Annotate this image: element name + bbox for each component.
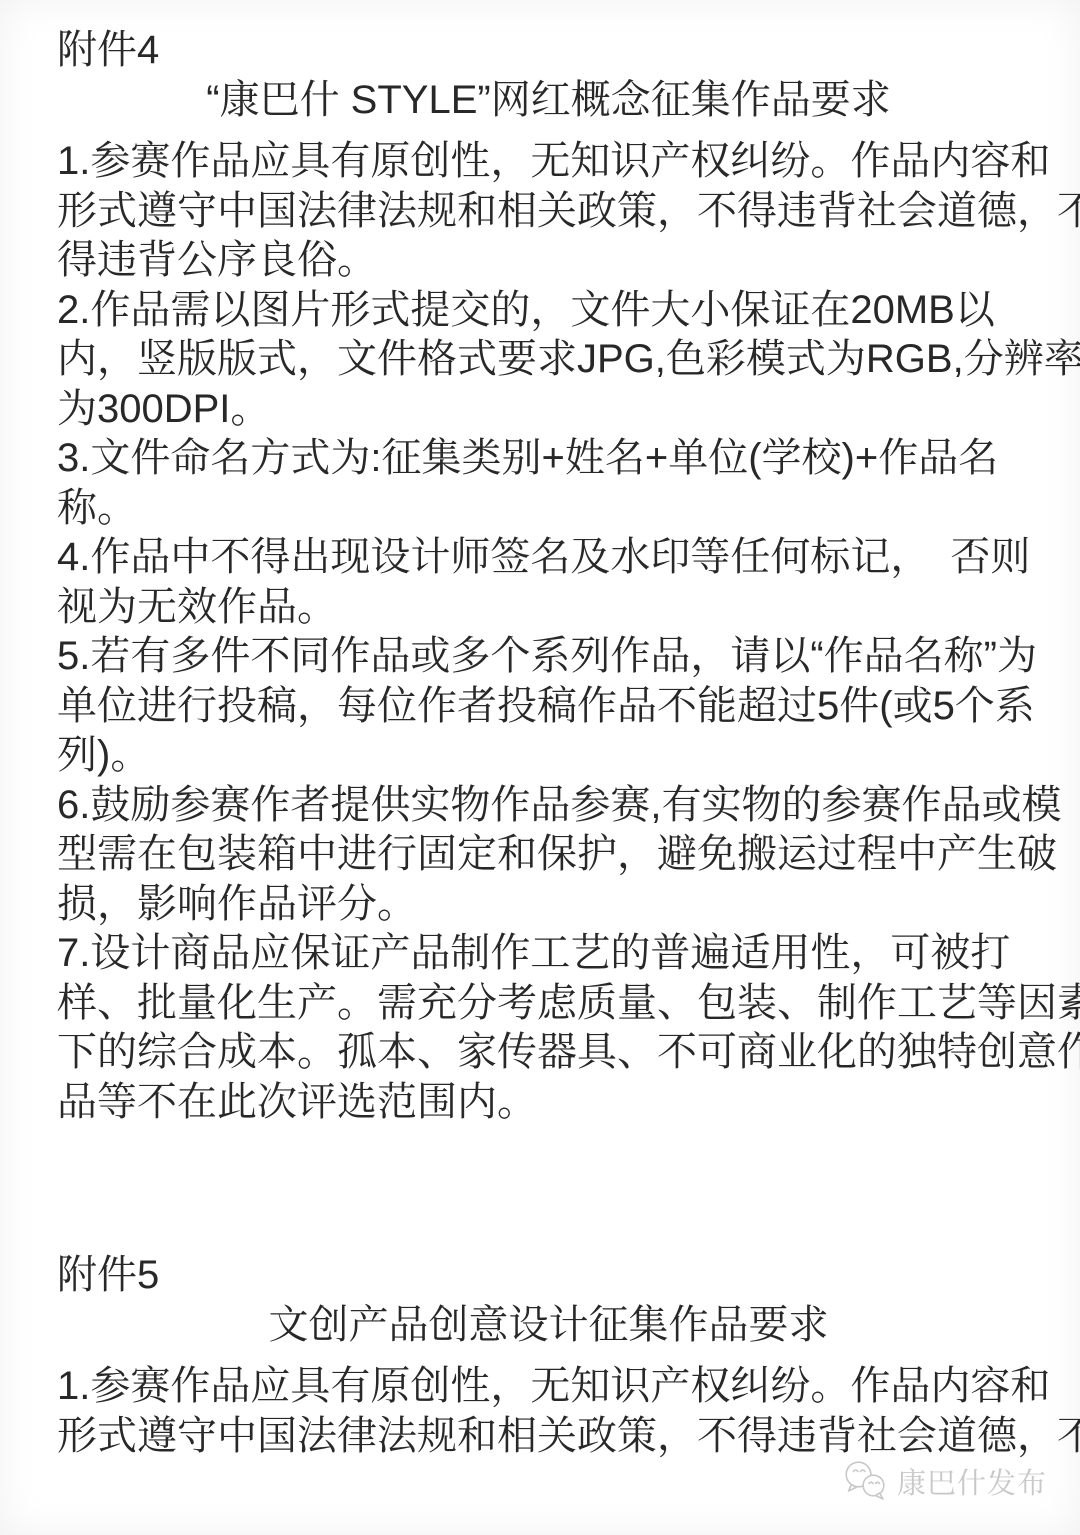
text-line: 2.作品需以图片形式提交的，文件大小保证在20MB以 (57, 286, 1040, 336)
attachment-4-section: 附件4 “康巴什 STYLE”网红概念征集作品要求 1.参赛作品应具有原创性，无… (57, 26, 1040, 1127)
text-line: 4.作品中不得出现设计师签名及水印等任何标记， 否则 (57, 533, 1040, 583)
watermark: 康巴什发布 (843, 1460, 1047, 1502)
text-line: 样、批量化生产。需充分考虑质量、包装、制作工艺等因素 (57, 979, 1040, 1029)
text-line: 称。 (57, 484, 1040, 534)
text-line: 列)。 (57, 731, 1040, 781)
requirement-item: 1.参赛作品应具有原创性，无知识产权纠纷。作品内容和 形式遵守中国法律法规和相关… (57, 1362, 1040, 1461)
text-line: 单位进行投稿，每位作者投稿作品不能超过5件(或5个系 (57, 682, 1040, 732)
requirement-item: 1.参赛作品应具有原创性，无知识产权纠纷。作品内容和 形式遵守中国法律法规和相关… (57, 137, 1040, 286)
text-line: 5.若有多件不同作品或多个系列作品，请以“作品名称”为 (57, 632, 1040, 682)
text-line: 3.文件命名方式为:征集类别+姓名+单位(学校)+作品名 (57, 434, 1040, 484)
attachment-4-label: 附件4 (57, 26, 1040, 76)
text-line: 1.参赛作品应具有原创性，无知识产权纠纷。作品内容和 (57, 137, 1040, 187)
text-line: 为300DPI。 (57, 385, 1040, 435)
text-line: 内，竖版版式，文件格式要求JPG,色彩模式为RGB,分辨率 (57, 335, 1040, 385)
text-line: 损，影响作品评分。 (57, 880, 1040, 930)
text-line: 1.参赛作品应具有原创性，无知识产权纠纷。作品内容和 (57, 1362, 1040, 1412)
requirement-item: 5.若有多件不同作品或多个系列作品，请以“作品名称”为 单位进行投稿，每位作者投… (57, 632, 1040, 781)
attachment-4-items: 1.参赛作品应具有原创性，无知识产权纠纷。作品内容和 形式遵守中国法律法规和相关… (57, 137, 1040, 1127)
attachment-4-title: “康巴什 STYLE”网红概念征集作品要求 (57, 76, 1040, 126)
requirement-item: 7.设计商品应保证产品制作工艺的普遍适用性，可被打 样、批量化生产。需充分考虑质… (57, 929, 1040, 1127)
text-line: 下的综合成本。孤本、家传器具、不可商业化的独特创意作 (57, 1028, 1040, 1078)
requirement-item: 4.作品中不得出现设计师签名及水印等任何标记， 否则 视为无效作品。 (57, 533, 1040, 632)
attachment-5-title: 文创产品创意设计征集作品要求 (57, 1301, 1040, 1351)
requirement-item: 6.鼓励参赛作者提供实物作品参赛,有实物的参赛作品或模 型需在包装箱中进行固定和… (57, 781, 1040, 930)
text-line: 7.设计商品应保证产品制作工艺的普遍适用性，可被打 (57, 929, 1040, 979)
attachment-5-items: 1.参赛作品应具有原创性，无知识产权纠纷。作品内容和 形式遵守中国法律法规和相关… (57, 1362, 1040, 1461)
document-page: 附件4 “康巴什 STYLE”网红概念征集作品要求 1.参赛作品应具有原创性，无… (0, 0, 1080, 1535)
requirement-item: 3.文件命名方式为:征集类别+姓名+单位(学校)+作品名 称。 (57, 434, 1040, 533)
watermark-text: 康巴什发布 (897, 1461, 1047, 1502)
attachment-5-label: 附件5 (57, 1251, 1040, 1301)
text-line: 型需在包装箱中进行固定和保护，避免搬运过程中产生破 (57, 830, 1040, 880)
text-line: 品等不在此次评选范围内。 (57, 1078, 1040, 1128)
attachment-5-section: 附件5 文创产品创意设计征集作品要求 1.参赛作品应具有原创性，无知识产权纠纷。… (57, 1251, 1040, 1461)
requirement-item: 2.作品需以图片形式提交的，文件大小保证在20MB以 内，竖版版式，文件格式要求… (57, 286, 1040, 435)
text-line: 得违背公序良俗。 (57, 236, 1040, 286)
text-line: 视为无效作品。 (57, 583, 1040, 633)
text-line: 形式遵守中国法律法规和相关政策，不得违背社会道德，不 (57, 1412, 1040, 1462)
wechat-bubbles-icon (843, 1460, 889, 1502)
text-line: 形式遵守中国法律法规和相关政策，不得违背社会道德，不 (57, 187, 1040, 237)
text-line: 6.鼓励参赛作者提供实物作品参赛,有实物的参赛作品或模 (57, 781, 1040, 831)
